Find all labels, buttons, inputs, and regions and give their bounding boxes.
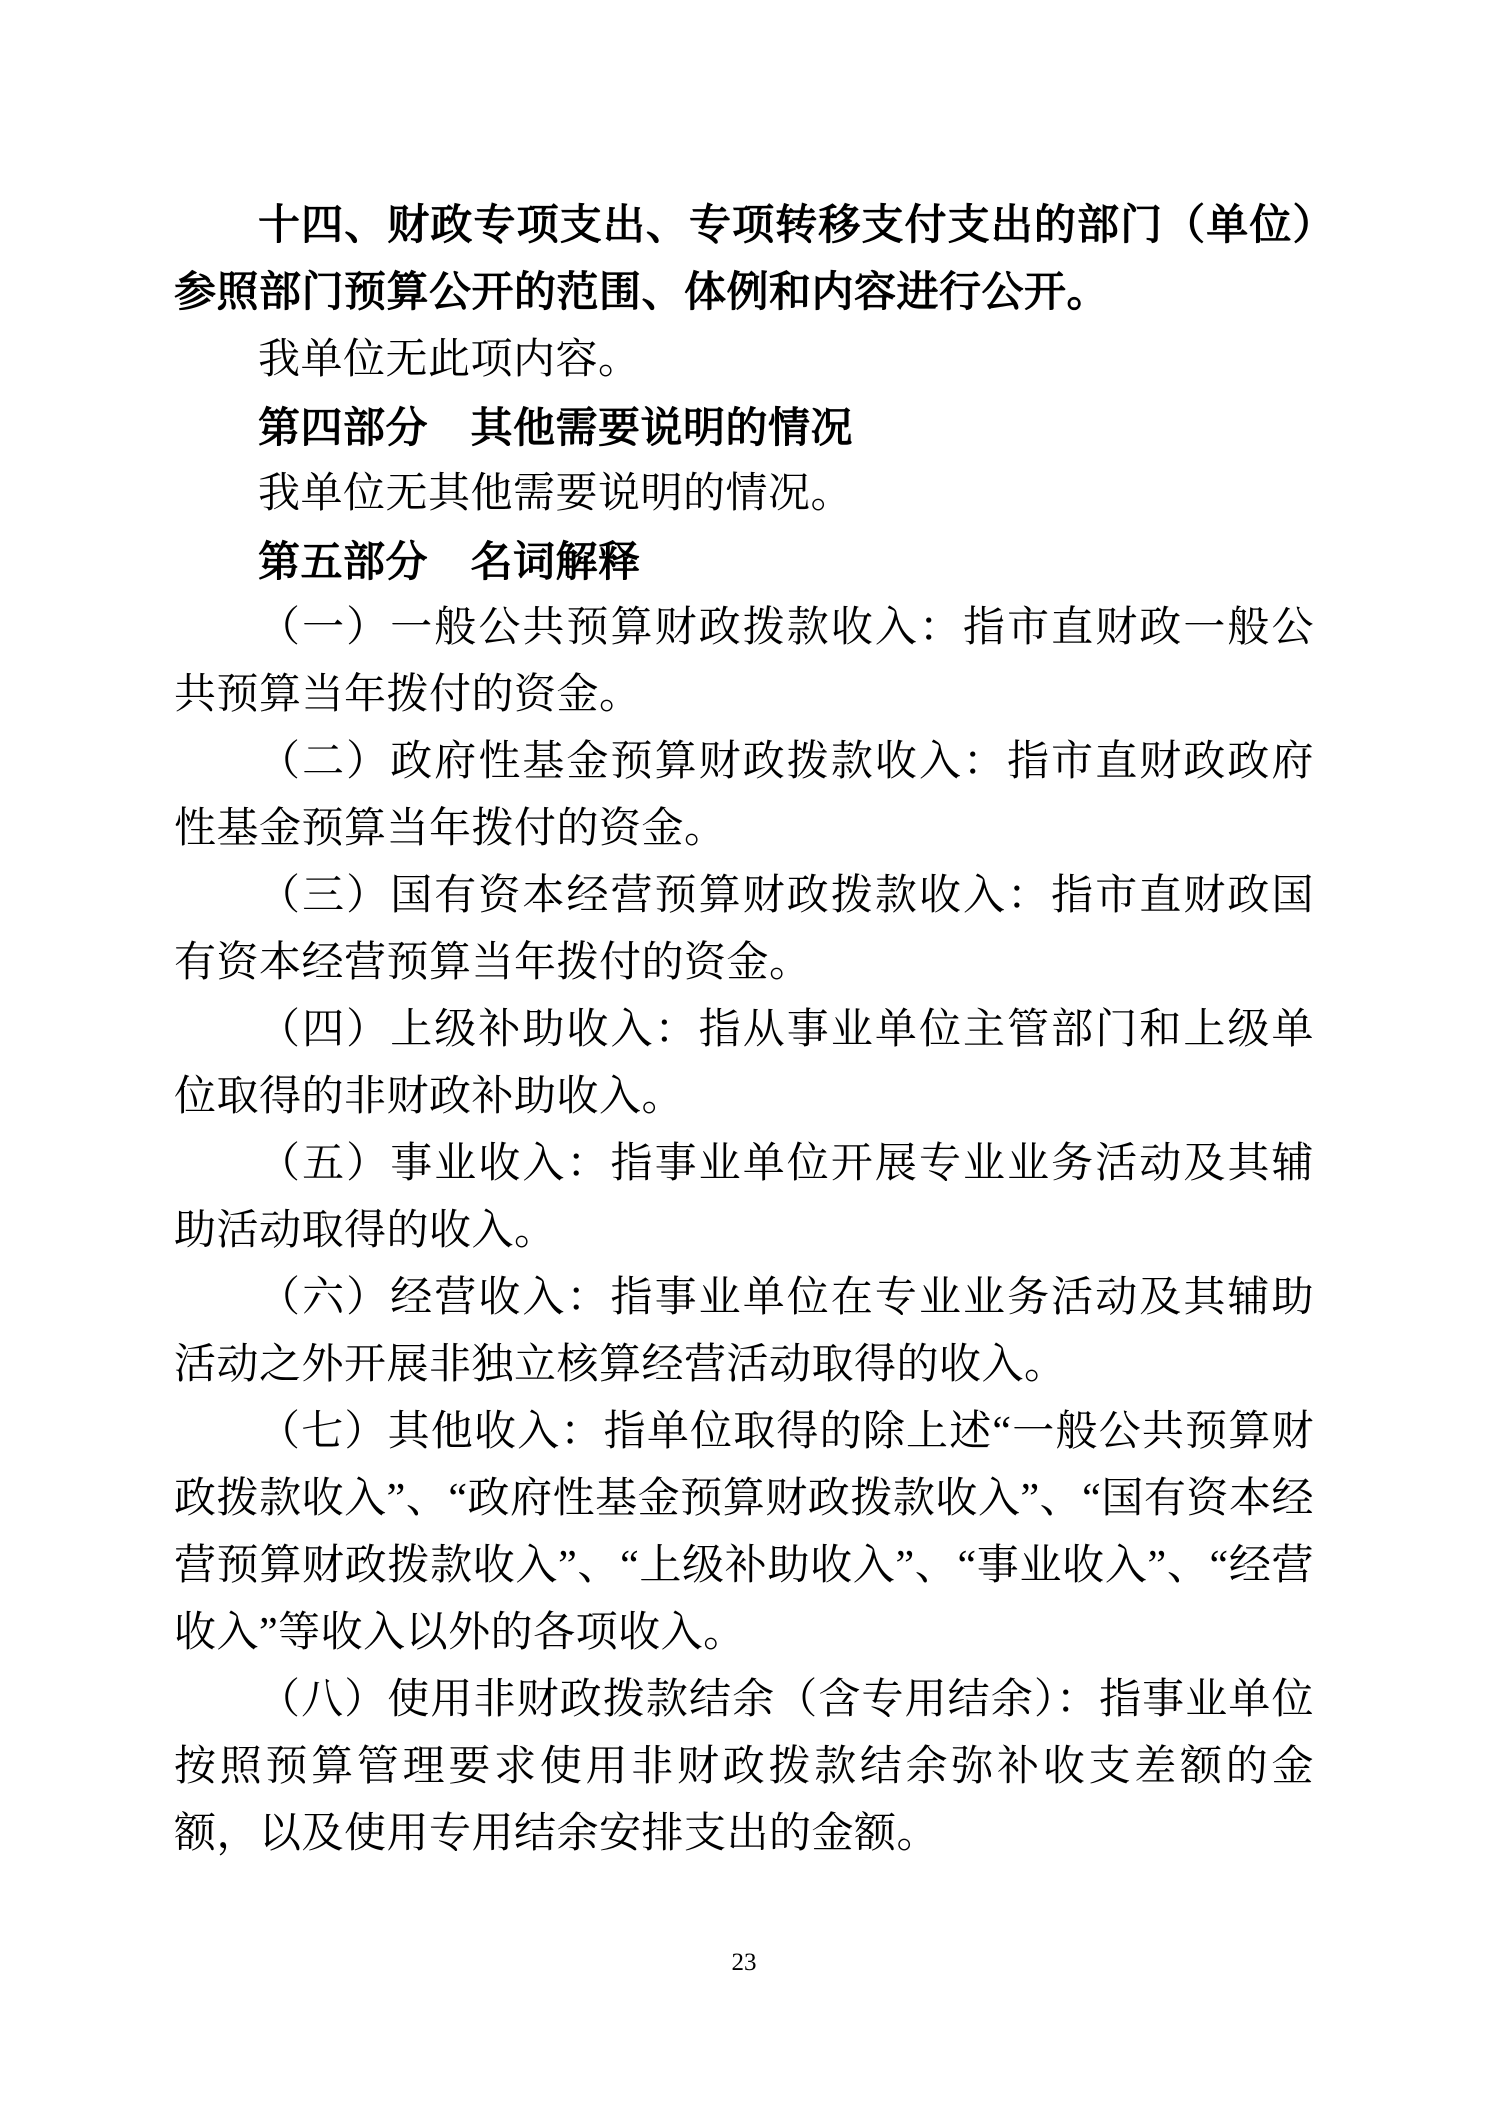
term-definition-7: （七）其他收入：指单位取得的除上述“一般公共预算财政拨款收入”、“政府性基金预算… (174, 1399, 1314, 1667)
term-definition-3: （三）国有资本经营预算财政拨款收入：指市直财政国有资本经营预算当年拨付的资金。 (174, 863, 1314, 997)
document-page: 十四、财政专项支出、专项转移支付支出的部门（单位）参照部门预算公开的范围、体例和… (0, 0, 1488, 2104)
term-definition-5: （五）事业收入：指事业单位开展专业业务活动及其辅助活动取得的收入。 (174, 1131, 1314, 1265)
term-definition-2: （二）政府性基金预算财政拨款收入：指市直财政政府性基金预算当年拨付的资金。 (174, 729, 1314, 863)
document-content: 十四、财政专项支出、专项转移支付支出的部门（单位）参照部门预算公开的范围、体例和… (174, 193, 1314, 1868)
part-5-heading: 第五部分 名词解释 (174, 528, 1314, 595)
section-14-body: 我单位无此项内容。 (174, 327, 1314, 394)
page-number: 23 (0, 1948, 1488, 1978)
term-definition-6: （六）经营收入：指事业单位在专业业务活动及其辅助活动之外开展非独立核算经营活动取… (174, 1265, 1314, 1399)
part-4-body: 我单位无其他需要说明的情况。 (174, 461, 1314, 528)
section-14-heading: 十四、财政专项支出、专项转移支付支出的部门（单位）参照部门预算公开的范围、体例和… (174, 193, 1314, 327)
term-definition-4: （四）上级补助收入：指从事业单位主管部门和上级单位取得的非财政补助收入。 (174, 997, 1314, 1131)
term-definition-1: （一）一般公共预算财政拨款收入：指市直财政一般公共预算当年拨付的资金。 (174, 595, 1314, 729)
part-4-heading: 第四部分 其他需要说明的情况 (174, 394, 1314, 461)
term-definition-8: （八）使用非财政拨款结余（含专用结余）：指事业单位按照预算管理要求使用非财政拨款… (174, 1667, 1314, 1868)
